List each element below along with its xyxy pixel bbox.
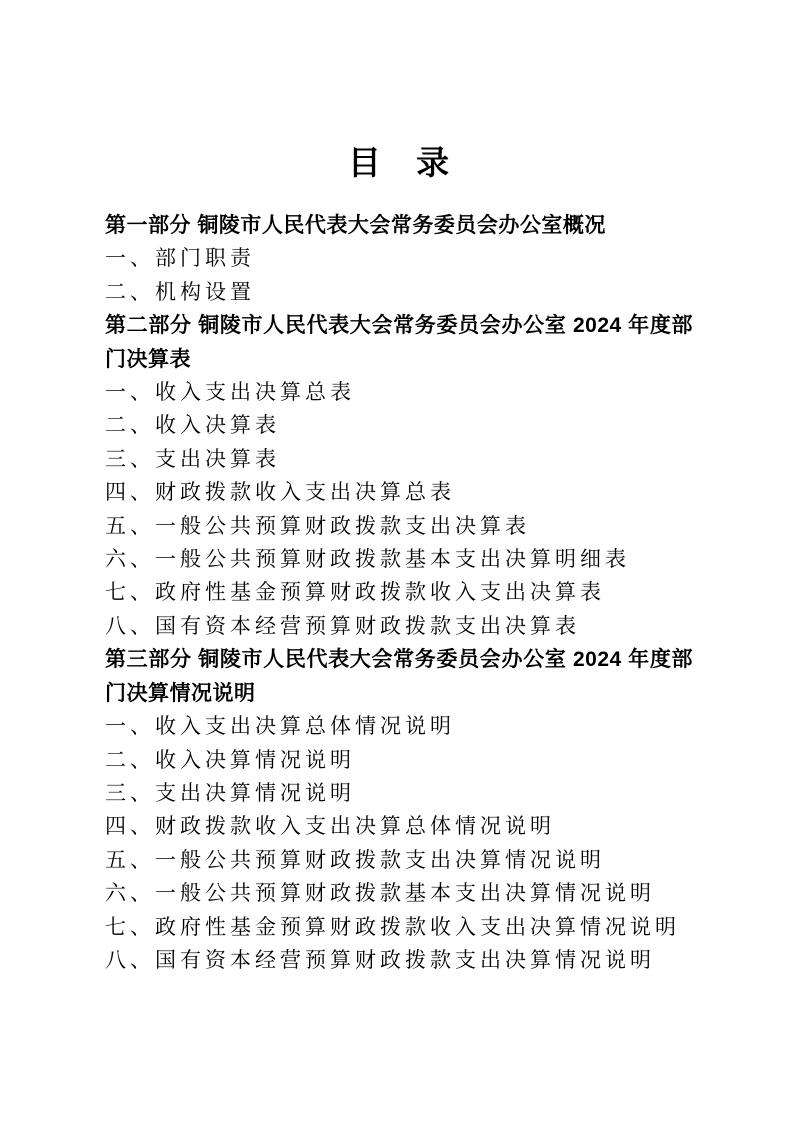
- toc-item-3-4: 四、财政拨款收入支出决算总体情况说明: [105, 810, 693, 843]
- toc-item-3-8: 八、国有资本经营预算财政拨款支出决算情况说明: [105, 944, 693, 977]
- toc-item-2-8: 八、国有资本经营预算财政拨款支出决算表: [105, 610, 693, 643]
- toc-item-3-2: 二、收入决算情况说明: [105, 744, 693, 777]
- toc-item-3-5: 五、一般公共预算财政拨款支出决算情况说明: [105, 844, 693, 877]
- toc-item-3-3: 三、支出决算情况说明: [105, 777, 693, 810]
- document-page: 目 录 第一部分 铜陵市人民代表大会常务委员会办公室概况 一、部门职责 二、机构…: [0, 0, 793, 1122]
- toc-item-2-7: 七、政府性基金预算财政拨款收入支出决算表: [105, 576, 693, 609]
- toc-item-3-7: 七、政府性基金预算财政拨款收入支出决算情况说明: [105, 911, 693, 944]
- section-2-heading: 第二部分 铜陵市人民代表大会常务委员会办公室 2024 年度部门决算表: [105, 309, 693, 376]
- toc-item-2-6: 六、一般公共预算财政拨款基本支出决算明细表: [105, 543, 693, 576]
- toc-item-3-6: 六、一般公共预算财政拨款基本支出决算情况说明: [105, 877, 693, 910]
- table-of-contents: 第一部分 铜陵市人民代表大会常务委员会办公室概况 一、部门职责 二、机构设置 第…: [105, 209, 693, 977]
- toc-item-2-5: 五、一般公共预算财政拨款支出决算表: [105, 510, 693, 543]
- toc-item-2-4: 四、财政拨款收入支出决算总表: [105, 476, 693, 509]
- toc-item-2-2: 二、收入决算表: [105, 409, 693, 442]
- toc-item-2-3: 三、支出决算表: [105, 443, 693, 476]
- toc-title: 目 录: [105, 145, 693, 181]
- toc-item-1-2: 二、机构设置: [105, 276, 693, 309]
- section-3-heading: 第三部分 铜陵市人民代表大会常务委员会办公室 2024 年度部门决算情况说明: [105, 643, 693, 710]
- toc-item-3-1: 一、收入支出决算总体情况说明: [105, 710, 693, 743]
- toc-item-1-1: 一、部门职责: [105, 242, 693, 275]
- toc-item-2-1: 一、收入支出决算总表: [105, 376, 693, 409]
- section-1-heading: 第一部分 铜陵市人民代表大会常务委员会办公室概况: [105, 209, 693, 242]
